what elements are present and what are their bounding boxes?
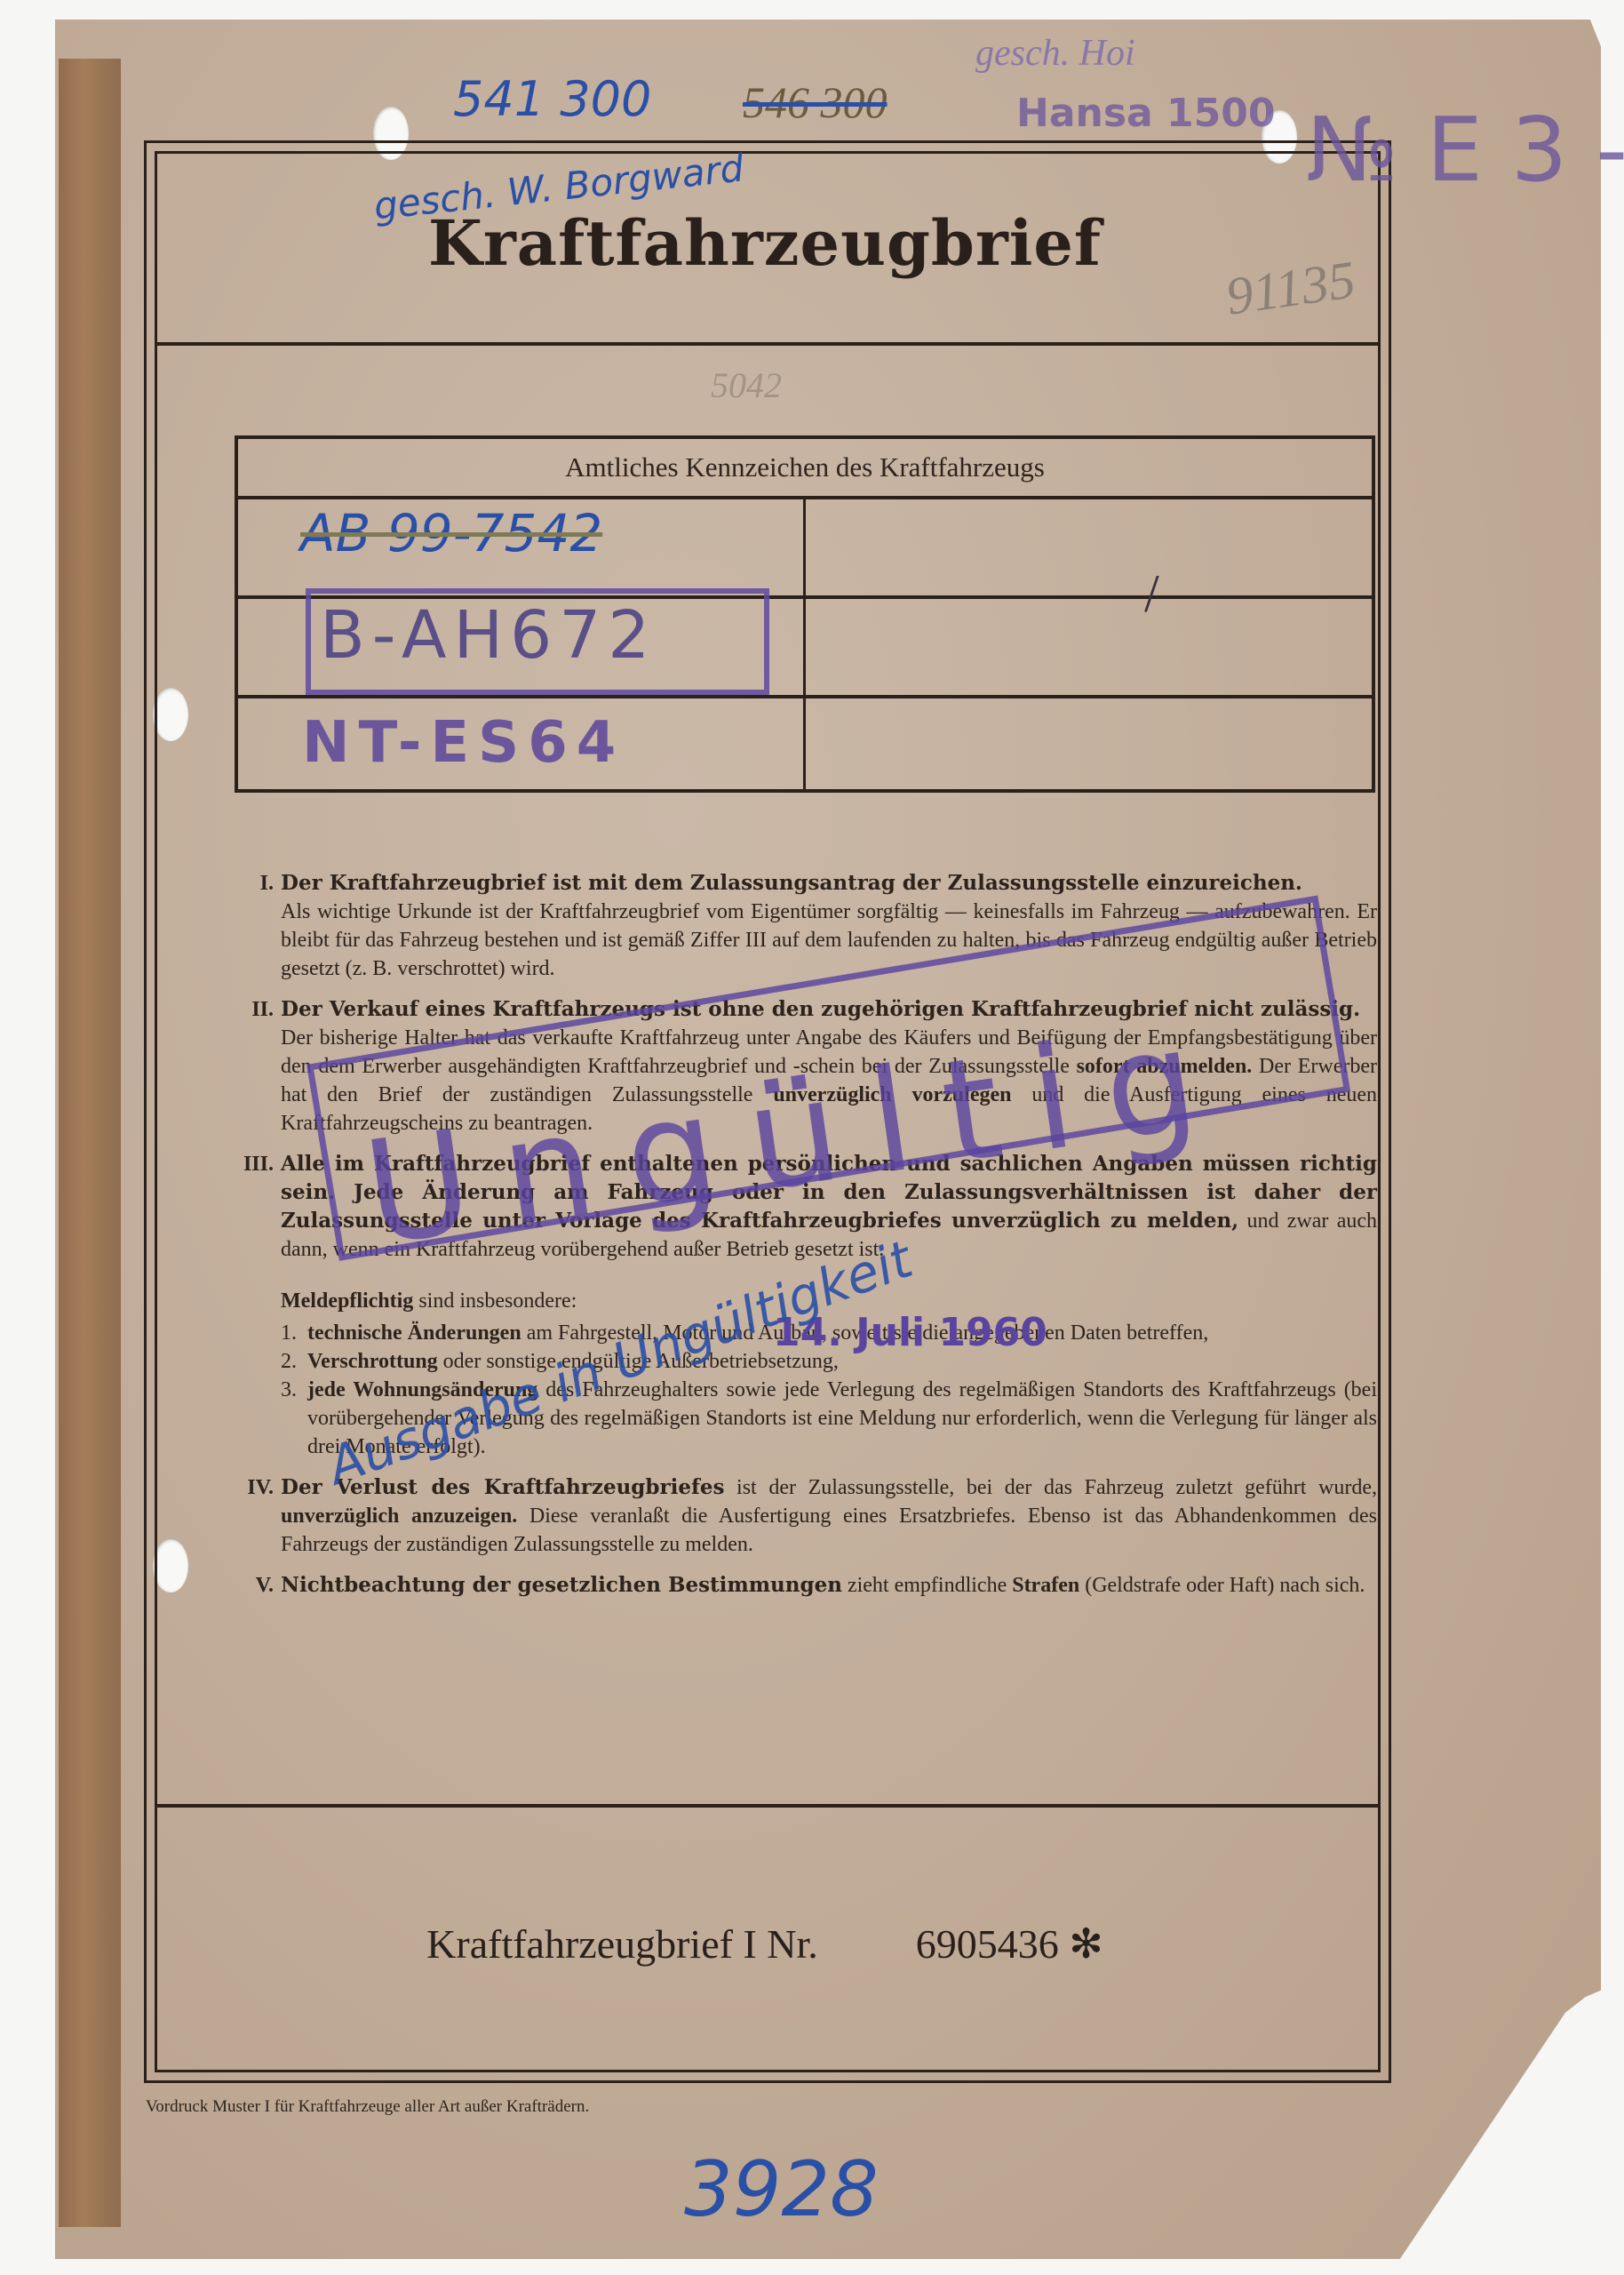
plate-entry-current: NT-ES64 <box>302 710 625 776</box>
row-divider <box>238 695 1372 698</box>
pencil-note: gesch. Hoi <box>975 32 1135 75</box>
registration-number-stamp: № E 3 - 13 <box>1306 98 1624 202</box>
pencil-faint: 5042 <box>711 364 782 406</box>
certificate-number: 6905436 <box>916 1921 1059 1967</box>
section-number: V. <box>240 1571 281 1600</box>
footer-divider <box>155 1804 1379 1808</box>
handwritten-number: 541 300 <box>453 71 651 127</box>
section-text: Der Verlust des Kraftfahrzeugbriefes ist… <box>281 1473 1377 1559</box>
asterisk-icon: ✻ <box>1069 1921 1103 1967</box>
handwritten-bottom-number: 3928 <box>684 2145 879 2234</box>
section-heading: Der Kraftfahrzeugbrief ist mit dem Zulas… <box>281 869 1377 898</box>
section-number: III. <box>240 1150 281 1461</box>
plate-entry-handwritten: AB 99-7542 <box>300 503 602 563</box>
certificate-number-line: Kraftfahrzeugbrief I Nr.6905436 ✻ <box>155 1920 1375 1968</box>
section-5: V. Nichtbeachtung der gesetzlichen Besti… <box>240 1571 1377 1600</box>
struck-number: 546 300 <box>743 76 888 128</box>
plate-table-header: Amtliches Kennzeichen des Kraftfahrzeugs <box>238 439 1372 499</box>
pen-mark: / <box>1144 563 1159 625</box>
certificate-label: Kraftfahrzeugbrief I Nr. <box>426 1921 818 1967</box>
section-number: I. <box>240 869 281 983</box>
model-stamp: Hansa 1500 <box>1016 91 1276 136</box>
section-number: II. <box>240 995 281 1137</box>
title-divider <box>155 342 1379 346</box>
column-divider <box>803 496 806 789</box>
binding-strip <box>59 59 121 2227</box>
plate-entry-stamped: B-AH672 <box>320 597 657 674</box>
section-text: Nichtbeachtung der gesetzlichen Bestimmu… <box>281 1571 1377 1600</box>
form-note: Vordruck Muster I für Kraftfahrzeuge all… <box>146 2097 589 2117</box>
license-plate-table: Amtliches Kennzeichen des Kraftfahrzeugs… <box>235 435 1375 793</box>
section-number: IV. <box>240 1473 281 1559</box>
section-4: IV. Der Verlust des Kraftfahrzeugbriefes… <box>240 1473 1377 1559</box>
page-title: Kraftfahrzeugbrief <box>155 206 1375 280</box>
